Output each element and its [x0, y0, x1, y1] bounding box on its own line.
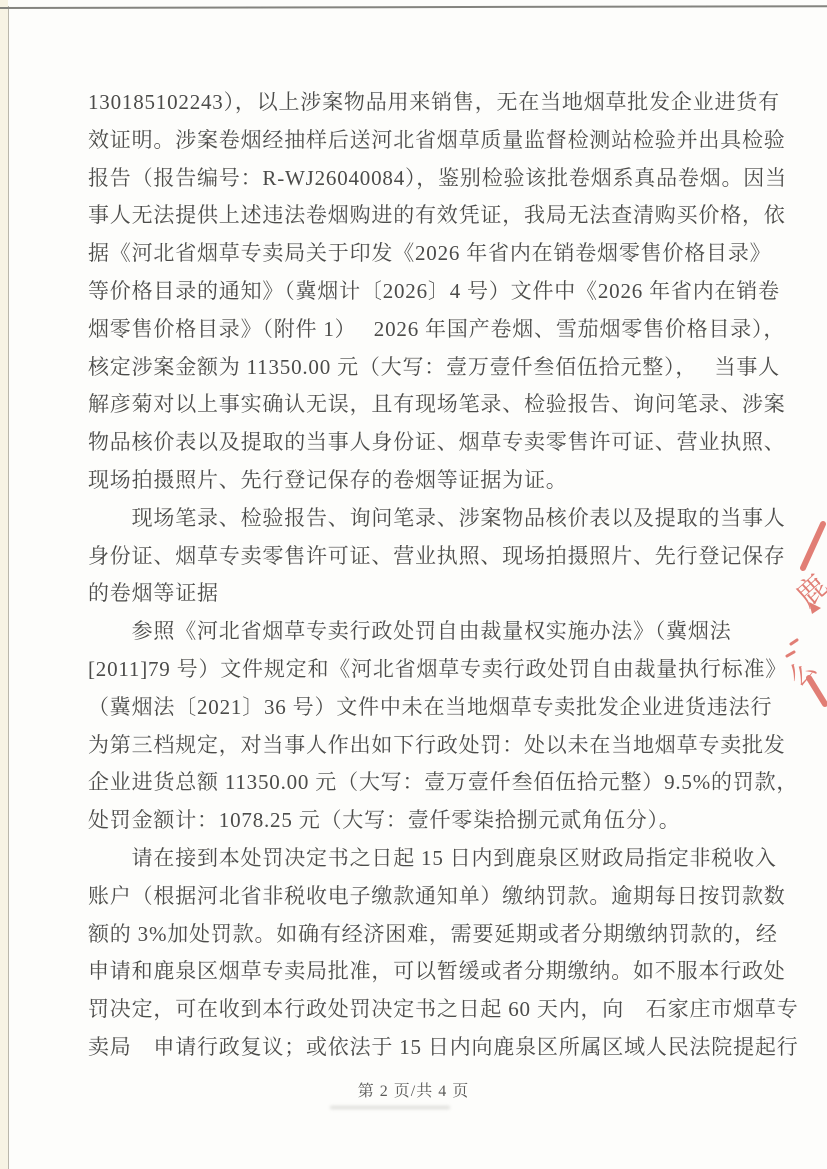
seal-character-top: 鹿 [790, 569, 827, 614]
document-body-text: 130185102243），以上涉案物品用来销售，无在当地烟草批发企业进货有效证… [88, 84, 752, 1067]
text-line: 报告（报告编号：R-WJ26040084），鉴别检验该批卷烟系真品卷烟。因当 [88, 160, 752, 198]
seal-border-arc-bottom [809, 678, 825, 704]
text-line: [2011]79 号）文件规定和《河北省烟草专卖行政处罚自由裁量执行标准》 [88, 651, 752, 689]
text-line: 等价格目录的通知》（冀烟计〔2026〕4 号）文件中《2026 年省内在销卷 [88, 273, 752, 311]
text-line: 卖局 申请行政复议；或依法于 15 日内向鹿泉区所属区域人民法院提起行 [88, 1029, 752, 1067]
scan-edge-left-line [8, 6, 9, 1169]
text-line: 现场拍摄照片、先行登记保存的卷烟等证据为证。 [88, 462, 752, 500]
text-line: 罚决定，可在收到本行政处罚决定书之日起 60 天内，向 石家庄市烟草专 [88, 991, 752, 1029]
seal-wedge-mark [809, 602, 821, 614]
text-line: 130185102243），以上涉案物品用来销售，无在当地烟草批发企业进货有 [88, 84, 752, 122]
text-line: 事人无法提供上述违法卷烟购进的有效凭证，我局无法查清购买价格，依 [88, 197, 752, 235]
text-line: 申请和鹿泉区烟草专卖局批准，可以暂缓或者分期缴纳。如不服本行政处 [88, 953, 752, 991]
scan-edge-left-strip [0, 0, 8, 1169]
text-line: 请在接到本处罚决定书之日起 15 日内到鹿泉区财政局指定非税收入 [88, 840, 752, 878]
seal-character-bottom: 么 [783, 654, 822, 693]
text-line: 烟零售价格目录》（附件 1） 2026 年国产卷烟、雪茄烟零售价格目录）， [88, 311, 752, 349]
text-line: 为第三档规定，对当事人作出如下行政处罚：处以未在当地烟草专卖批发 [88, 727, 752, 765]
text-line: 核定涉案金额为 11350.00 元（大写：壹万壹仟叁佰伍拾元整）， 当事人 [88, 349, 752, 387]
scan-smudge [330, 1106, 450, 1109]
text-line: 额的 3%加处罚款。如确有经济困难，需要延期或者分期缴纳罚款的，经 [88, 916, 752, 954]
text-line: 解彦菊对以上事实确认无误，且有现场笔录、检验报告、询问笔录、涉案 [88, 386, 752, 424]
scanned-document-page: 130185102243），以上涉案物品用来销售，无在当地烟草批发企业进货有效证… [0, 0, 827, 1169]
text-line: 身份证、烟草专卖零售许可证、营业执照、现场拍摄照片、先行登记保存 [88, 538, 752, 576]
text-line: 企业进货总额 11350.00 元（大写：壹万壹仟叁佰伍拾元整）9.5%的罚款， [88, 764, 752, 802]
seal-dash-marks [787, 640, 797, 656]
seal-border-arc-top [803, 524, 823, 568]
text-line: 据《河北省烟草专卖局关于印发《2026 年省内在销卷烟零售价格目录》 [88, 235, 752, 273]
text-line: 物品核价表以及提取的当事人身份证、烟草专卖零售许可证、营业执照、 [88, 424, 752, 462]
text-line: 效证明。涉案卷烟经抽样后送河北省烟草质量监督检测站检验并出具检验 [88, 122, 752, 160]
text-line: 参照《河北省烟草专卖行政处罚自由裁量权实施办法》（冀烟法 [88, 613, 752, 651]
text-line: 现场笔录、检验报告、询问笔录、涉案物品核价表以及提取的当事人 [88, 500, 752, 538]
text-line: 账户（根据河北省非税收电子缴款通知单）缴纳罚款。逾期每日按罚款数 [88, 878, 752, 916]
page-number-label: 第 2 页/共 4 页 [358, 1083, 469, 1100]
text-line: （冀烟法〔2021〕36 号）文件中未在当地烟草专卖批发企业进货违法行 [88, 689, 752, 727]
scan-edge-top-line [0, 5, 827, 9]
text-line: 处罚金额计：1078.25 元（大写：壹仟零柒拾捌元贰角伍分）。 [88, 802, 752, 840]
text-line: 的卷烟等证据 [88, 575, 752, 613]
page-footer: 第 2 页/共 4 页 [0, 1078, 827, 1101]
